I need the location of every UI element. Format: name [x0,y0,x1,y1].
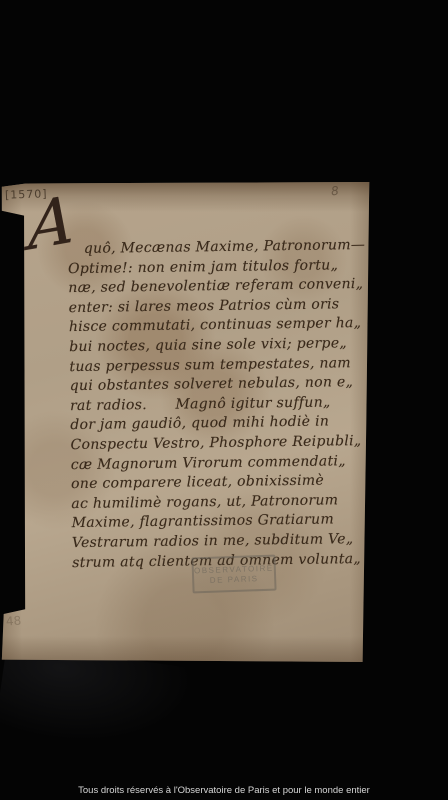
bottom-left-number-annotation: 48 [6,613,22,628]
stamp-text-line1: OBSERVATOIRE [194,563,274,575]
observatory-stamp: OBSERVATOIRE DE PARIS [191,555,276,594]
manuscript-page: [1570] 8 A quô, Mecænas Maxime, Patronor… [0,182,370,662]
copyright-footer: Tous droits réservés à l'Observatoire de… [0,785,448,796]
stamp-text-line2: DE PARIS [210,574,259,585]
folio-number-annotation: 8 [330,184,339,199]
photo-background: [1570] 8 A quô, Mecænas Maxime, Patronor… [0,0,448,800]
manuscript-text-block: quô, Mecænas Maxime, Patronorum— Optime!… [68,236,373,573]
